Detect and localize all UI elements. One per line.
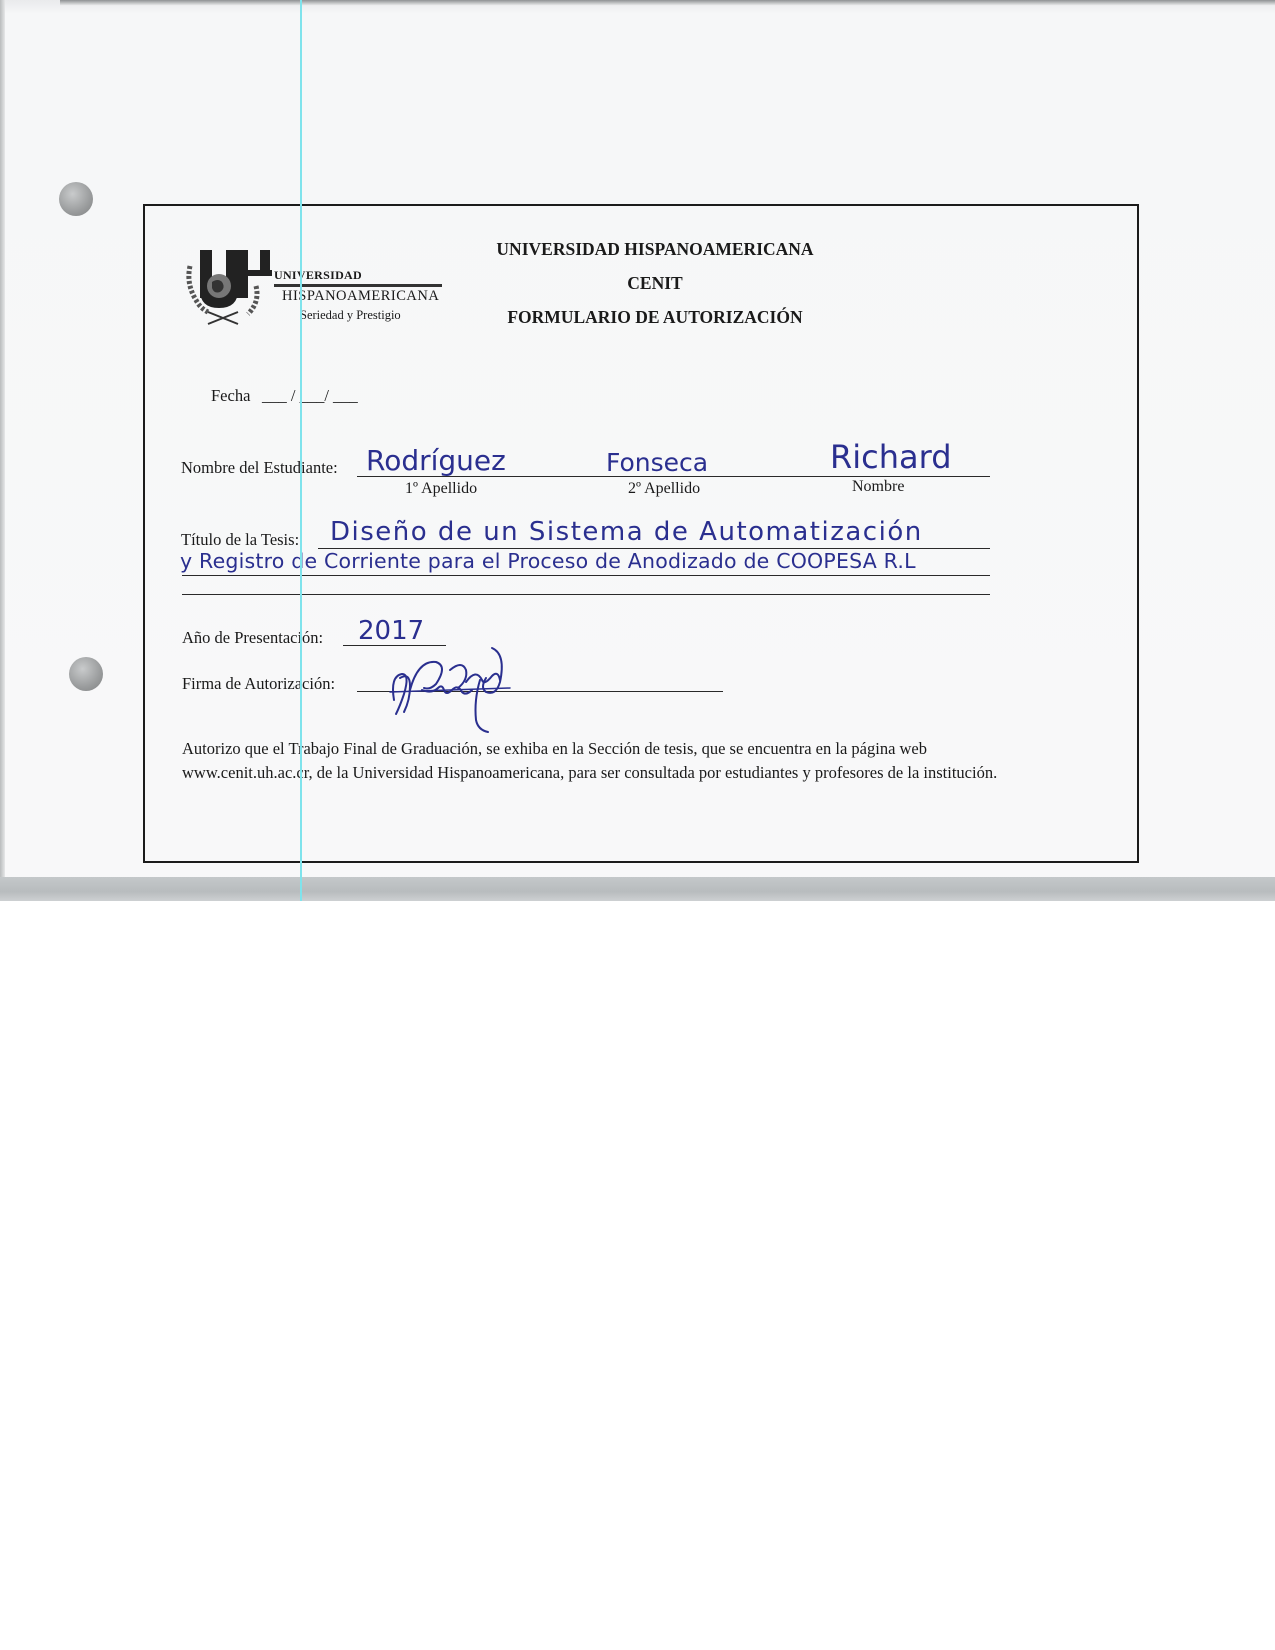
thesis-title-label: Título de la Tesis:	[181, 530, 299, 550]
uh-emblem-icon	[186, 246, 272, 330]
signature-scribble-icon[interactable]	[380, 640, 530, 735]
given-name-caption: Nombre	[852, 478, 904, 496]
logo-motto: Seriedad y Prestigio	[300, 308, 401, 323]
signature-label: Firma de Autorización:	[182, 674, 335, 694]
university-title: UNIVERSIDAD HISPANOAMERICANA	[455, 239, 855, 260]
student-name-label: Nombre del Estudiante:	[181, 458, 338, 478]
fecha-field[interactable]: ___ / ___/ ___	[262, 386, 358, 406]
form-title: FORMULARIO DE AUTORIZACIÓN	[455, 307, 855, 328]
scanner-guide-line	[300, 0, 302, 901]
logo-line2: HISPANOAMERICANA	[282, 288, 439, 305]
scanner-bottom-band	[0, 877, 1275, 901]
page-top-shadow	[60, 0, 1275, 6]
cenit-title: CENIT	[455, 273, 855, 294]
first-surname-caption: 1º Apellido	[405, 480, 477, 498]
second-surname-caption: 2º Apellido	[628, 480, 700, 498]
university-logo: UNIVERSIDAD HISPANOAMERICANA Seriedad y …	[186, 246, 446, 330]
thesis-title-line2[interactable]: y Registro de Corriente para el Proceso …	[180, 549, 916, 573]
second-surname-field[interactable]: Fonseca	[606, 448, 708, 477]
given-name-field[interactable]: Richard	[830, 438, 952, 476]
fecha-label: Fecha	[211, 386, 250, 406]
punch-hole-icon	[59, 182, 93, 216]
authorization-text-line1: Autorizo que el Trabajo Final de Graduac…	[182, 739, 927, 759]
thesis-underline-2	[182, 575, 990, 576]
punch-hole-icon	[69, 657, 103, 691]
first-surname-field[interactable]: Rodríguez	[366, 444, 506, 477]
thesis-underline-3	[182, 594, 990, 595]
page-edge-shadow	[0, 0, 5, 878]
authorization-text-line2: www.cenit.uh.ac.cr, de la Universidad Hi…	[182, 763, 997, 783]
thesis-title-line1[interactable]: Diseño de un Sistema de Automatización	[330, 517, 923, 547]
